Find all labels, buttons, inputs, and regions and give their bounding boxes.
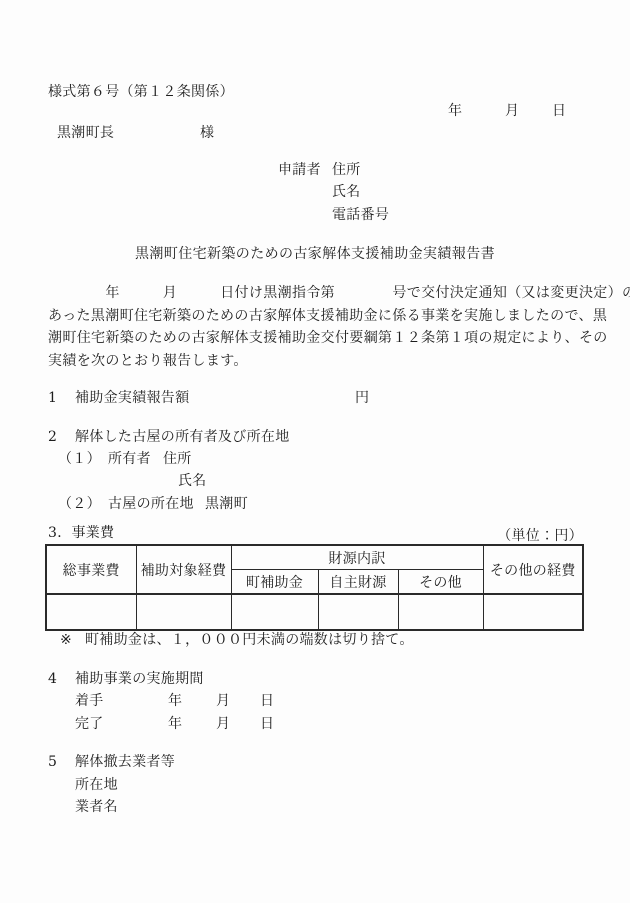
section4-number: 4	[48, 671, 57, 688]
section2-item1-label: 所有者	[108, 451, 151, 468]
start-year-label: 年	[168, 693, 182, 710]
start-day-label: 日	[260, 693, 274, 710]
form-number: 様式第６号（第１２条関係）	[48, 84, 234, 101]
column-header-other-expenses: その他の経費	[483, 545, 583, 594]
section2-label: 解体した古屋の所有者及び所在地	[75, 429, 290, 446]
section5-label: 解体撤去業者等	[75, 754, 175, 771]
date-year-label: 年	[448, 103, 462, 120]
section2-item1-name-label: 氏名	[178, 473, 207, 490]
column-header-town-subsidy: 町補助金	[231, 570, 318, 595]
paragraph-line: あった黒潮町住宅新築のための古家解体支援補助金に係る事業を実施しましたので、黒	[48, 305, 593, 328]
cell-other-funds	[398, 594, 483, 630]
section3-heading: 3．事業費	[48, 525, 114, 542]
paragraph-line: 年 月 日付け黒潮指令第 号で交付決定通知（又は変更決定）の	[48, 282, 593, 305]
contractor-name-label: 業者名	[75, 799, 118, 816]
cell-own-funds	[318, 594, 398, 630]
section2-item2-label: 古屋の所在地	[108, 496, 194, 513]
paragraph-line: 実績を次のとおり報告します。	[48, 350, 593, 373]
cell-subsidy-target	[136, 594, 231, 630]
cell-other-expenses	[483, 594, 583, 630]
document-title: 黒潮町住宅新築のための古家解体支援補助金実績報告書	[0, 243, 630, 263]
end-year-label: 年	[168, 716, 182, 733]
column-header-subsidy-target: 補助対象経費	[136, 545, 231, 594]
section5-number: 5	[48, 754, 57, 771]
section2-item1-address-label: 住所	[163, 451, 192, 468]
section2-item1-number: （１）	[58, 451, 101, 468]
applicant-phone-label: 電話番号	[332, 207, 389, 224]
start-month-label: 月	[216, 693, 230, 710]
section1-unit: 円	[355, 390, 369, 407]
section2-number: 2	[48, 429, 57, 446]
note-mark: ※	[60, 632, 72, 649]
cell-total-cost	[46, 594, 136, 630]
paragraph-line: 潮町住宅新築のための古家解体支援補助金交付要綱第１２条第１項の規定により、その	[48, 327, 593, 350]
section1-label: 補助金実績報告額	[75, 390, 189, 407]
section3-unit-note: （単位：円）	[497, 525, 583, 545]
section1-number: 1	[48, 390, 57, 407]
end-month-label: 月	[216, 716, 230, 733]
date-month-label: 月	[505, 103, 519, 120]
column-header-funding-group: 財源内訳	[231, 545, 483, 570]
body-paragraph: 年 月 日付け黒潮指令第 号で交付決定通知（又は変更決定）の あった黒潮町住宅新…	[48, 282, 593, 372]
section2-item2-value: 黒潮町	[205, 496, 248, 513]
applicant-label: 申請者	[278, 162, 321, 179]
date-day-label: 日	[552, 103, 566, 120]
applicant-address-label: 住所	[332, 162, 361, 179]
note-text: 町補助金は、１，０００円未満の端数は切り捨て。	[85, 632, 414, 649]
addressee-honorific: 様	[200, 125, 214, 142]
applicant-name-label: 氏名	[332, 184, 361, 201]
addressee-title: 黒潮町長	[57, 125, 114, 142]
column-header-total-cost: 総事業費	[46, 545, 136, 594]
end-label: 完了	[75, 716, 104, 733]
table-row	[46, 594, 583, 630]
project-cost-table: 総事業費 補助対象経費 財源内訳 その他の経費 町補助金 自主財源 その他	[45, 544, 584, 631]
column-header-other-funds: その他	[398, 570, 483, 595]
contractor-address-label: 所在地	[75, 777, 118, 794]
document-page: 様式第６号（第１２条関係） 年 月 日 黒潮町長 様 申請者 住所 氏名 電話番…	[0, 0, 630, 903]
column-header-own-funds: 自主財源	[318, 570, 398, 595]
section4-label: 補助事業の実施期間	[75, 671, 204, 688]
cell-town-subsidy	[231, 594, 318, 630]
end-day-label: 日	[260, 716, 274, 733]
start-label: 着手	[75, 693, 104, 710]
section2-item2-number: （２）	[58, 496, 101, 513]
